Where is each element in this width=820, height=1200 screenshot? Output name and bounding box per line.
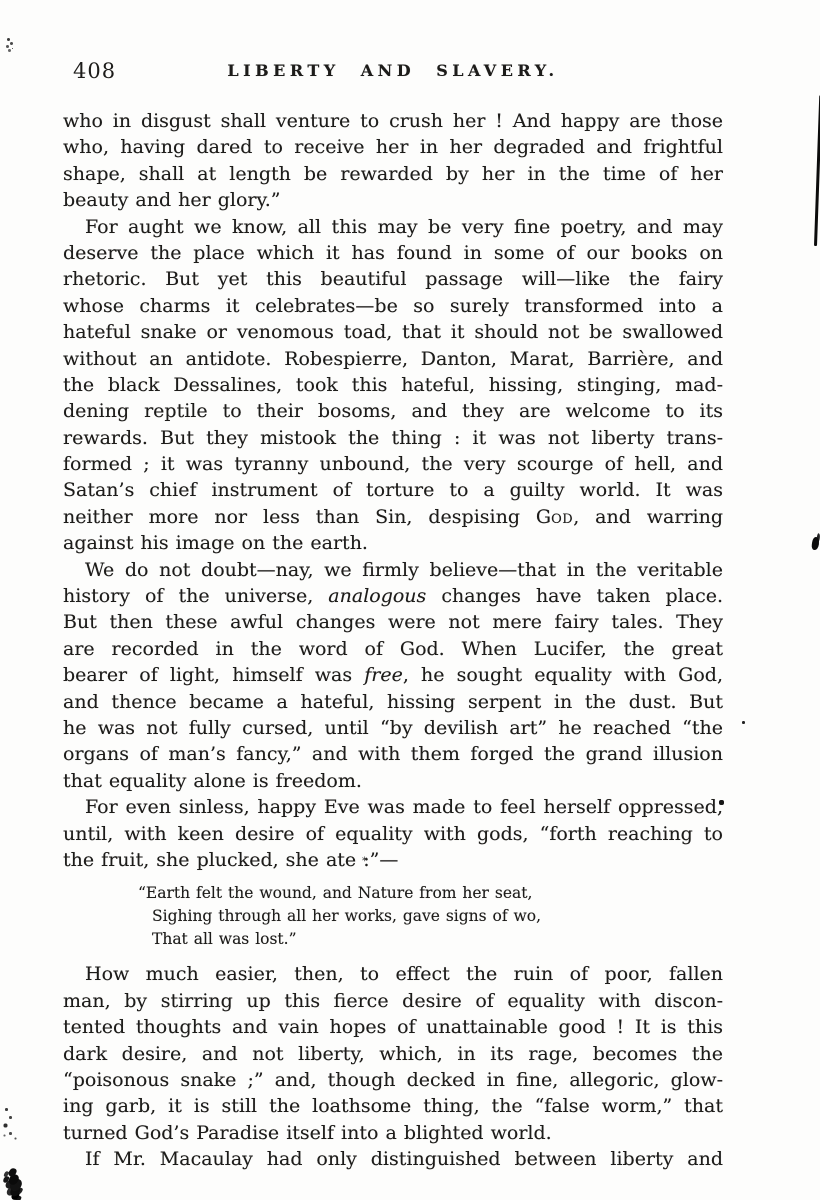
text-line: Sighing through all her works, gave sign… <box>138 905 723 928</box>
text-line: “poisonous snake ;” and, though decked i… <box>63 1067 723 1093</box>
text-line: organs of man’s fancy,” and with them fo… <box>63 741 723 767</box>
paragraph: who in disgust shall venture to crush he… <box>63 108 723 214</box>
text-line: Satan’s chief instrument of torture to a… <box>63 477 723 503</box>
text-line: who, having dared to receive her in her … <box>63 134 723 160</box>
paragraph: For even sinless, happy Eve was made to … <box>63 794 723 873</box>
text-line: that equality alone is freedom. <box>63 768 723 794</box>
ink-blotch-bottomleft-artifact <box>7 1167 17 1178</box>
text-body: who in disgust shall venture to crush he… <box>63 108 723 1172</box>
paragraph: How much easier, then, to effect the rui… <box>63 961 723 1146</box>
paragraph: We do not doubt—nay, we firmly believe—t… <box>63 557 723 795</box>
page-header: 408 LIBERTY AND SLAVERY. <box>63 56 723 88</box>
running-title: LIBERTY AND SLAVERY. <box>63 56 723 80</box>
text-line: dening reptile to their bosoms, and they… <box>63 398 723 424</box>
text-line: beauty and her glory.” <box>63 187 723 213</box>
paragraph: For aught we know, all this may be very … <box>63 214 723 557</box>
text-line: without an antidote. Robespierre, Danton… <box>63 346 723 372</box>
text-line: “Earth felt the wound, and Nature from h… <box>138 882 723 905</box>
text-line: are recorded in the word of God. When Lu… <box>63 636 723 662</box>
text-line: shape, shall at length be rewarded by he… <box>63 161 723 187</box>
book-page: 408 LIBERTY AND SLAVERY. who in disgust … <box>0 0 820 1200</box>
text-line: formed ; it was tyranny unbound, the ver… <box>63 451 723 477</box>
text-line: For even sinless, happy Eve was made to … <box>63 794 723 820</box>
text-line: man, by stirring up this fierce desire o… <box>63 988 723 1014</box>
text-line: How much easier, then, to effect the rui… <box>63 961 723 987</box>
text-line: whose charms it celebrates—be so surely … <box>63 293 723 319</box>
text-line: the fruit, she plucked, she ate :”— <box>63 847 723 873</box>
text-line: hateful snake or venomous toad, that it … <box>63 319 723 345</box>
text-line: who in disgust shall venture to crush he… <box>63 108 723 134</box>
verse-quote: “Earth felt the wound, and Nature from h… <box>138 882 723 951</box>
text-line: We do not doubt—nay, we firmly believe—t… <box>63 557 723 583</box>
text-line: For aught we know, all this may be very … <box>63 214 723 240</box>
text-line: That all was lost.” <box>138 928 723 951</box>
text-line: until, with keen desire of equality with… <box>63 821 723 847</box>
text-line: against his image on the earth. <box>63 530 723 556</box>
text-line: he was not fully cursed, until “by devil… <box>63 715 723 741</box>
ink-dot-artifact <box>742 721 745 724</box>
text-line: If Mr. Macaulay had only distinguished b… <box>63 1146 723 1172</box>
text-line: and thence became a hateful, hissing ser… <box>63 689 723 715</box>
text-line: ing garb, it is still the loathsome thin… <box>63 1093 723 1119</box>
scan-edge-line-artifact <box>814 95 820 246</box>
text-line: the black Dessalines, took this hateful,… <box>63 372 723 398</box>
text-line: But then these awful changes were not me… <box>63 609 723 635</box>
ink-speck-topleft-artifact <box>7 38 10 41</box>
text-line: deserve the place which it has found in … <box>63 240 723 266</box>
text-line: rewards. But they mistook the thing : it… <box>63 425 723 451</box>
text-line: history of the universe, analogous chang… <box>63 583 723 609</box>
text-line: dark desire, and not liberty, which, in … <box>63 1041 723 1067</box>
text-line: rhetoric. But yet this beautiful passage… <box>63 266 723 292</box>
ink-speckles-bottomleft-artifact <box>5 1108 8 1111</box>
paragraph: If Mr. Macaulay had only distinguished b… <box>63 1146 723 1172</box>
text-line: bearer of light, himself was free, he so… <box>63 662 723 688</box>
text-line: neither more nor less than Sin, despisin… <box>63 504 723 530</box>
text-line: turned God’s Paradise itself into a blig… <box>63 1120 723 1146</box>
page-number: 408 <box>73 59 116 83</box>
text-line: tented thoughts and vain hopes of unatta… <box>63 1014 723 1040</box>
ink-blob-right-artifact <box>811 537 820 551</box>
